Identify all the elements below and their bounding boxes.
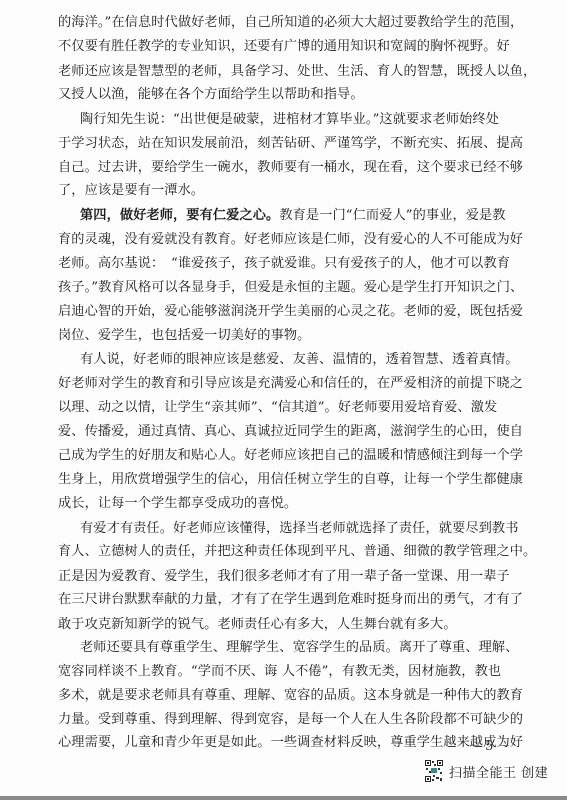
text-line: 正是因为爱教育、爱学生，我们很多老师才有了用一辈子备一堂课、用一辈子 bbox=[58, 567, 468, 587]
line-text: 于学习状态，站在知识发展前沿，刻苦钻研、严谨笃学，不断充实、拓展、提高 bbox=[58, 136, 523, 151]
line-text: 老师还应该是智慧型的老师，具备学习、处世、生活、育人的智慧，既授人以鱼， bbox=[58, 64, 536, 79]
line-text: 启迪心智的开始，爱心能够滋润浇开学生美丽的心灵之花。老师的爱，既包括爱 bbox=[58, 304, 523, 319]
line-text: 了，应该是要有一潭水。 bbox=[58, 183, 204, 198]
text-line: 多术，就是要求老师具有尊重、理解、宽容的品质。这本身就是一种伟大的教育 bbox=[58, 686, 468, 706]
line-text: 陶行知先生说：“出世便是破蒙，进棺材才算毕业。”这就要求老师始终处 bbox=[80, 112, 499, 127]
scanner-watermark: 扫描全能王 创建 bbox=[425, 760, 548, 782]
text-line: 孩子。”教育风格可以各显身手，但爱是永恒的主题。爱心是学生打开知识之门、 bbox=[58, 278, 468, 298]
text-line: 有人说，好老师的眼神应该是慈爱、友善、温情的，透着智慧、透着真情。 bbox=[80, 350, 468, 370]
text-line: 老师。高尔基说： “谁爱孩子，孩子就爱谁。只有爱孩子的人，他才可以教育 bbox=[58, 254, 468, 274]
text-line: 育的灵魂，没有爱就没有教育。好老师应该是仁师，没有爱心的人不可能成为好 bbox=[58, 230, 468, 250]
text-line: 启迪心智的开始，爱心能够滋润浇开学生美丽的心灵之花。老师的爱，既包括爱 bbox=[58, 302, 468, 322]
line-text: 孩子。”教育风格可以各显身手，但爱是永恒的主题。爱心是学生打开知识之门、 bbox=[58, 280, 523, 295]
text-line: 自己。过去讲，要给学生一碗水，教师要有一桶水，现在看，这个要求已经不够 bbox=[58, 158, 468, 178]
watermark-text: 扫描全能王 创建 bbox=[449, 762, 548, 781]
line-text: 育的灵魂，没有爱就没有教育。好老师应该是仁师，没有爱心的人不可能成为好 bbox=[58, 232, 523, 247]
line-text: 老师。高尔基说： “谁爱孩子，孩子就爱谁。只有爱孩子的人，他才可以教育 bbox=[58, 256, 510, 271]
text-line: 心理需要，儿童和青少年更是如此。一些调查材料反映，尊重学生越来越成为好 bbox=[58, 733, 468, 753]
line-text: 以理、动之以情，让学生“亲其师”、“信其道”。好老师要用爱培育爱、激发 bbox=[58, 400, 497, 415]
text-line: 的海洋。”在信息时代做好老师，自己所知道的必须大大超过要教给学生的范围， bbox=[58, 13, 468, 33]
document-page: 的海洋。”在信息时代做好老师，自己所知道的必须大大超过要教给学生的范围，不仅要有… bbox=[0, 0, 567, 796]
text-line: 了，应该是要有一潭水。 bbox=[58, 181, 468, 201]
line-text: 教育是一门“仁而爱人”的事业，爱是教 bbox=[279, 208, 505, 223]
line-text: 又授人以渔，能够在各个方面给学生以帮助和指导。 bbox=[58, 87, 364, 102]
text-line: 成长，让每一个学生都享受成功的喜悦。 bbox=[58, 494, 468, 514]
line-text: 的海洋。”在信息时代做好老师，自己所知道的必须大大超过要教给学生的范围， bbox=[58, 15, 523, 30]
line-text: 多术，就是要求老师具有尊重、理解、宽容的品质。这本身就是一种伟大的教育 bbox=[58, 688, 523, 703]
text-line: 老师还要具有尊重学生、理解学生、宽容学生的品质。离开了尊重、理解、 bbox=[80, 638, 468, 658]
text-line: 老师还应该是智慧型的老师，具备学习、处世、生活、育人的智慧，既授人以鱼， bbox=[58, 62, 468, 82]
text-line: 好老师对学生的教育和引导应该是充满爱心和信任的，在严爱相济的前提下晓之 bbox=[58, 374, 468, 394]
line-text: 自己。过去讲，要给学生一碗水，教师要有一桶水，现在看，这个要求已经不够 bbox=[58, 160, 523, 175]
line-text: 有爱才有责任。好老师应该懂得，选择当老师就选择了责任，就要尽到教书 bbox=[80, 521, 518, 536]
line-text: 爱、传播爱，通过真情、真心、真诚拉近同学生的距离，滋润学生的心田，使自 bbox=[58, 424, 523, 439]
text-line: 宽容同样谈不上教育。“学而不厌、诲 人不倦”，有教无类，因材施教，教也 bbox=[58, 662, 468, 682]
text-line: 陶行知先生说：“出世便是破蒙，进棺材才算毕业。”这就要求老师始终处 bbox=[80, 110, 468, 130]
text-line: 力量。受到尊重、得到理解、得到宽容，是每一个人在人生各阶段都不可缺少的 bbox=[58, 710, 468, 730]
page-number: － 5 － bbox=[468, 735, 511, 754]
text-line: 岗位、爱学生，也包括爱一切美好的事物。 bbox=[58, 326, 468, 346]
text-line: 于学习状态，站在知识发展前沿，刻苦钻研、严谨笃学，不断充实、拓展、提高 bbox=[58, 134, 468, 154]
line-text: 生身上，用欣赏增强学生的信心，用信任树立学生的自尊，让每一个学生都健康 bbox=[58, 472, 523, 487]
line-text: 在三尺讲台默默奉献的力量，才有了在学生遇到危难时挺身而出的勇气，才有了 bbox=[58, 592, 523, 607]
line-text: 心理需要，儿童和青少年更是如此。一些调查材料反映，尊重学生越来越成为好 bbox=[58, 735, 523, 750]
text-line: 又授人以渔，能够在各个方面给学生以帮助和指导。 bbox=[58, 85, 468, 105]
text-line: 以理、动之以情，让学生“亲其师”、“信其道”。好老师要用爱培育爱、激发 bbox=[58, 398, 468, 418]
text-line: 生身上，用欣赏增强学生的信心，用信任树立学生的自尊，让每一个学生都健康 bbox=[58, 470, 468, 490]
line-text: 好老师对学生的教育和引导应该是充满爱心和信任的，在严爱相济的前提下晓之 bbox=[58, 376, 523, 391]
text-line: 第四，做好老师，要有仁爱之心。教育是一门“仁而爱人”的事业，爱是教 bbox=[80, 206, 468, 226]
text-line: 爱、传播爱，通过真情、真心、真诚拉近同学生的距离，滋润学生的心田，使自 bbox=[58, 422, 468, 442]
line-text: 敢于攻克新知新学的锐气。老师责任心有多大，人生舞台就有多大。 bbox=[58, 617, 457, 632]
line-text: 成长，让每一个学生都享受成功的喜悦。 bbox=[58, 496, 297, 511]
line-text: 老师还要具有尊重学生、理解学生、宽容学生的品质。离开了尊重、理解、 bbox=[80, 640, 518, 655]
section-heading: 第四，做好老师，要有仁爱之心。 bbox=[80, 208, 279, 223]
text-line: 有爱才有责任。好老师应该懂得，选择当老师就选择了责任，就要尽到教书 bbox=[80, 519, 468, 539]
line-text: 己成为学生的好朋友和贴心人。好老师应该把自己的温暖和情感倾注到每一个学 bbox=[58, 448, 523, 463]
line-text: 正是因为爱教育、爱学生，我们很多老师才有了用一辈子备一堂课、用一辈子 bbox=[58, 569, 510, 584]
text-line: 育人、立德树人的责任，并把这种责任体现到平凡、普通、细微的教学管理之中。 bbox=[58, 542, 468, 562]
line-text: 育人、立德树人的责任，并把这种责任体现到平凡、普通、细微的教学管理之中。 bbox=[58, 544, 536, 559]
qr-code-icon bbox=[425, 760, 443, 782]
line-text: 力量。受到尊重、得到理解、得到宽容，是每一个人在人生各阶段都不可缺少的 bbox=[58, 712, 523, 727]
line-text: 不仅要有胜任教学的专业知识，还要有广博的通用知识和宽阔的胸怀视野。好 bbox=[58, 39, 510, 54]
text-line: 不仅要有胜任教学的专业知识，还要有广博的通用知识和宽阔的胸怀视野。好 bbox=[58, 37, 468, 57]
line-text: 有人说，好老师的眼神应该是慈爱、友善、温情的，透着智慧、透着真情。 bbox=[80, 352, 518, 367]
text-line: 敢于攻克新知新学的锐气。老师责任心有多大，人生舞台就有多大。 bbox=[58, 615, 468, 635]
text-line: 己成为学生的好朋友和贴心人。好老师应该把自己的温暖和情感倾注到每一个学 bbox=[58, 446, 468, 466]
viewer-bottom-bar bbox=[0, 796, 567, 800]
line-text: 岗位、爱学生，也包括爱一切美好的事物。 bbox=[58, 328, 310, 343]
line-text: 宽容同样谈不上教育。“学而不厌、诲 人不倦”，有教无类，因材施教，教也 bbox=[58, 664, 501, 679]
text-line: 在三尺讲台默默奉献的力量，才有了在学生遇到危难时挺身而出的勇气，才有了 bbox=[58, 590, 468, 610]
